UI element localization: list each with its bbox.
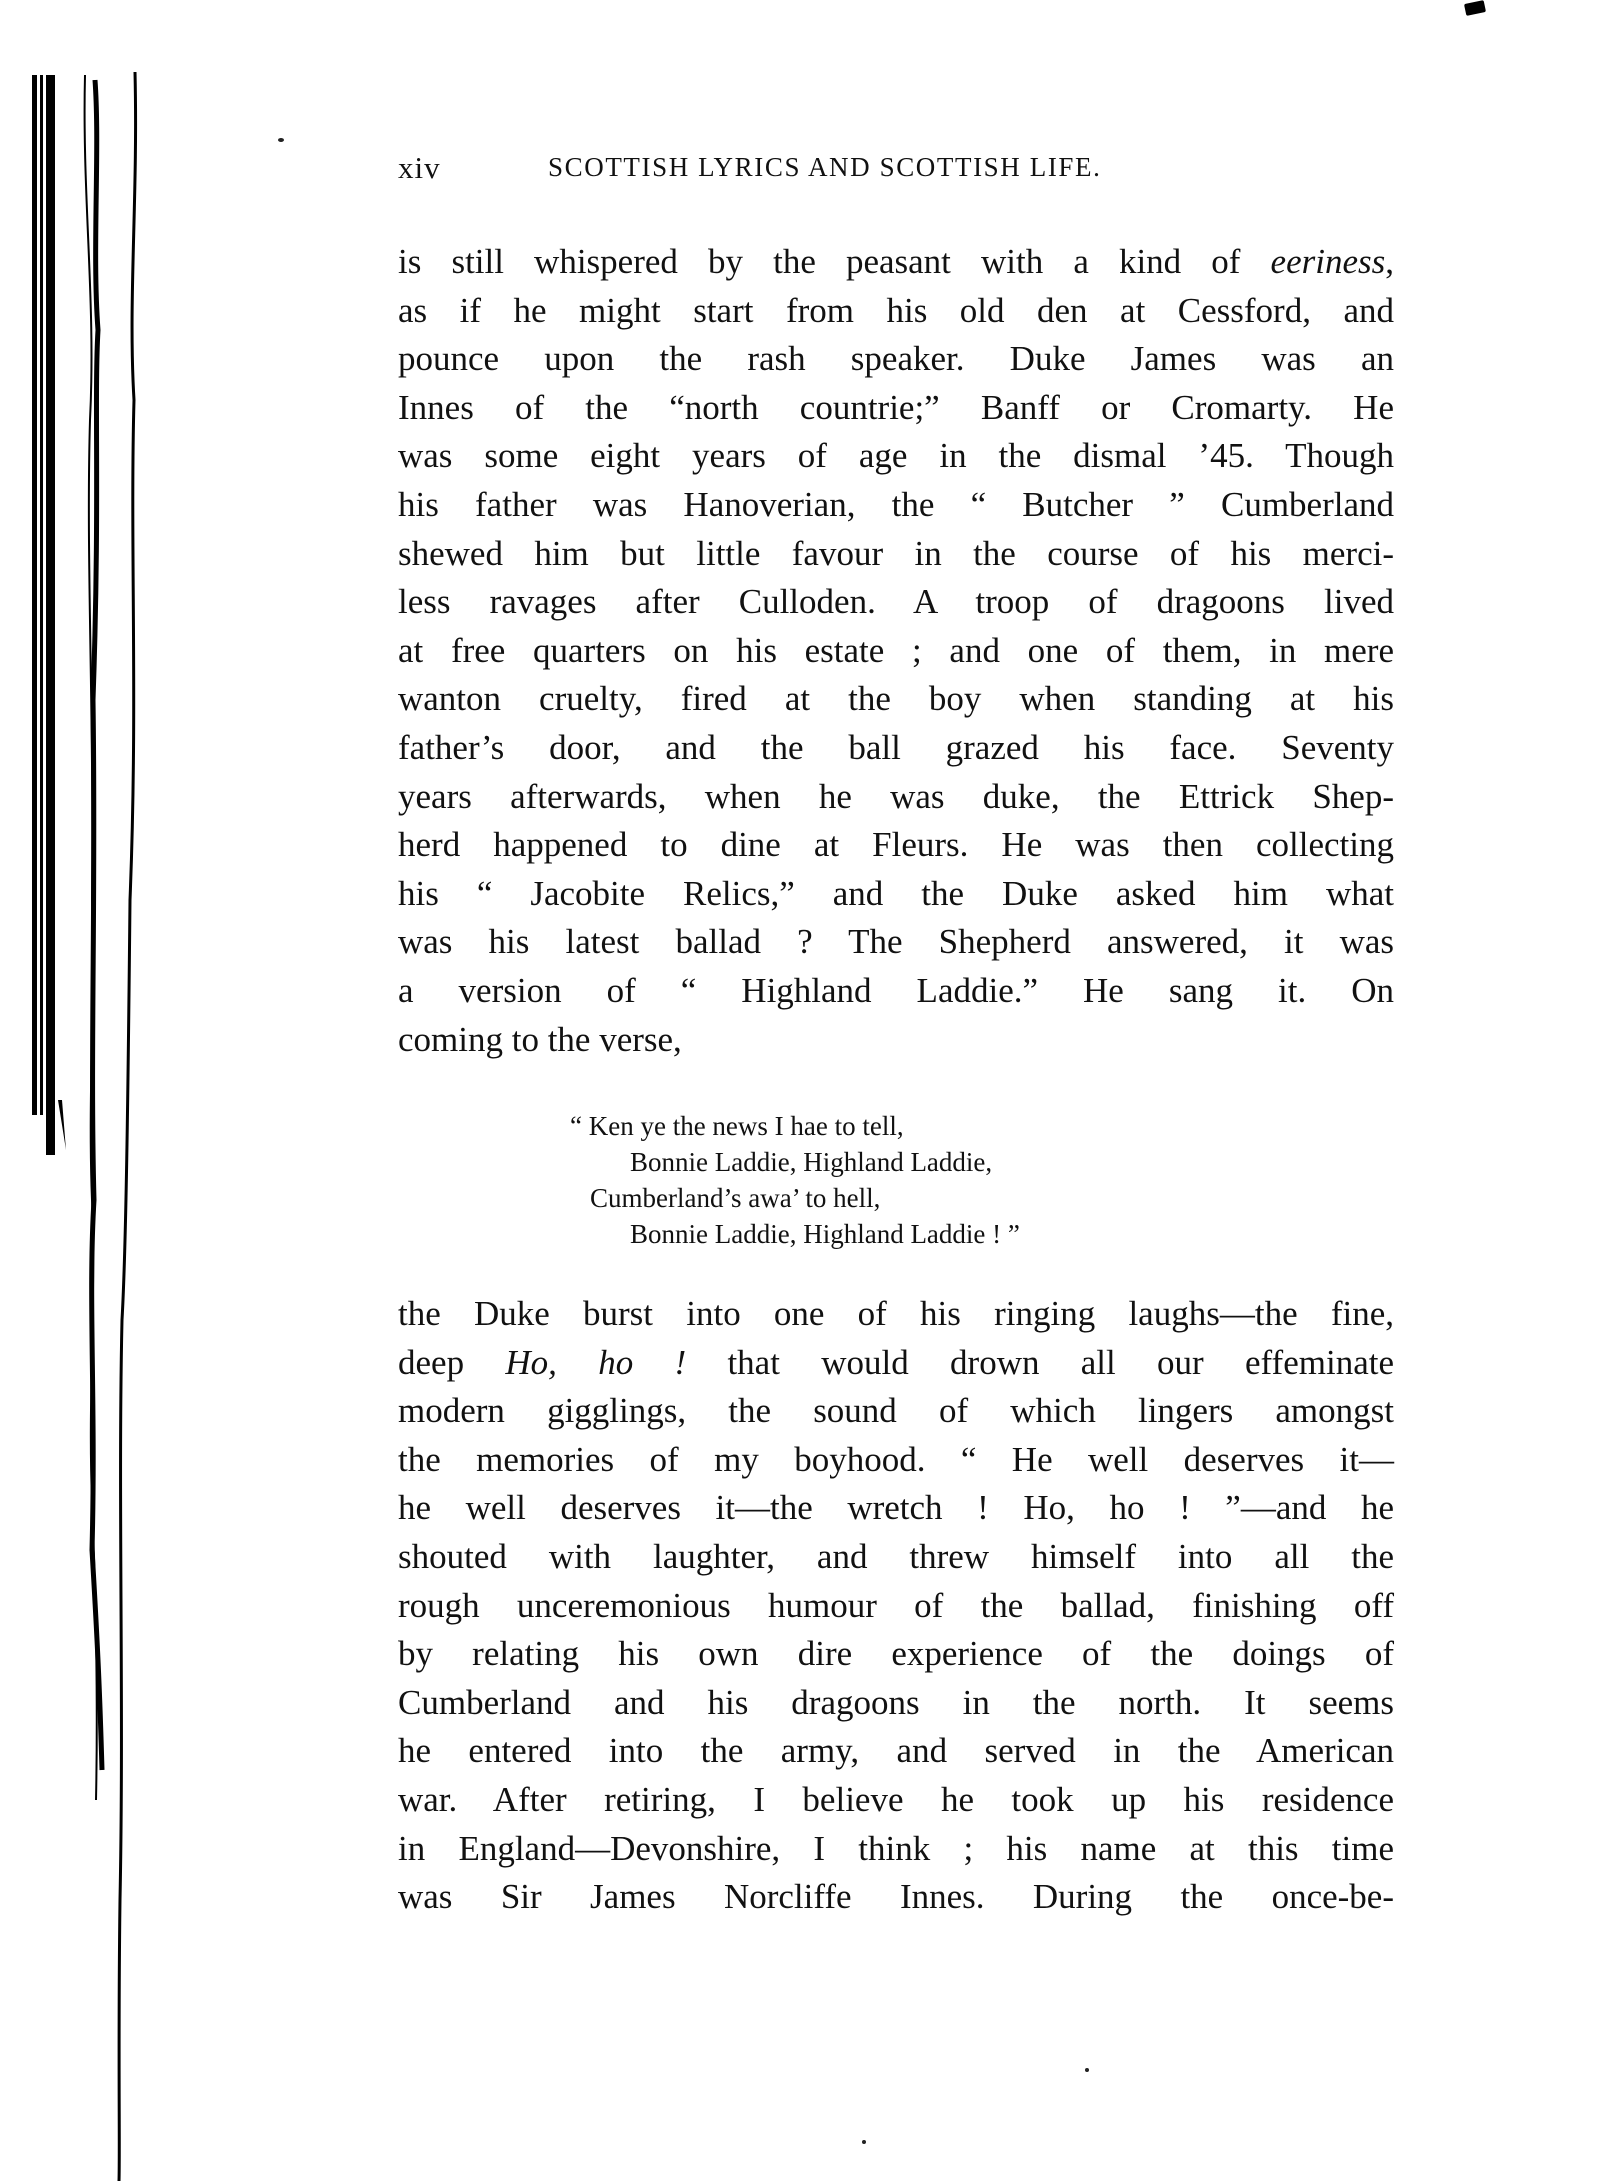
text-line: he well deserves it—the wretch ! Ho, ho … [398, 1484, 1394, 1533]
text-line: wanton cruelty, fired at the boy when st… [398, 675, 1394, 724]
text-line: shouted with laughter, and threw himself… [398, 1533, 1394, 1582]
text-line: by relating his own dire experience of t… [398, 1630, 1394, 1679]
ink-speck [278, 138, 284, 142]
binding-edge-marks [0, 0, 160, 2181]
paragraph-2: the Duke burst into one of his ringing l… [398, 1290, 1394, 1922]
text-line: father’s door, and the ball grazed his f… [398, 724, 1394, 773]
page-number: xiv [398, 150, 441, 186]
text-line: herd happened to dine at Fleurs. He was … [398, 821, 1394, 870]
text-line: his father was Hanoverian, the “ Butcher… [398, 481, 1394, 530]
text-line: Innes of the “north countrie;” Banff or … [398, 384, 1394, 433]
text-line: his “ Jacobite Relics,” and the Duke ask… [398, 870, 1394, 919]
text-line: Cumberland and his dragoons in the north… [398, 1679, 1394, 1728]
ink-speck [862, 2140, 866, 2144]
text-line: less ravages after Culloden. A troop of … [398, 578, 1394, 627]
corner-ink-mark [1464, 0, 1486, 16]
text-line: coming to the verse, [398, 1016, 1394, 1065]
text-line: in England—Devonshire, I think ; his nam… [398, 1825, 1394, 1874]
text-line: shewed him but little favour in the cour… [398, 530, 1394, 579]
text-line: was his latest ballad ? The Shepherd ans… [398, 918, 1394, 967]
verse-line: “ Ken ye the news I hae to tell, [570, 1108, 1270, 1144]
text-line: deep Ho, ho ! that would drown all our e… [398, 1339, 1394, 1388]
running-title: SCOTTISH LYRICS AND SCOTTISH LIFE. [548, 152, 1102, 183]
verse-line: Bonnie Laddie, Highland Laddie ! ” [570, 1216, 1270, 1252]
text-line: the Duke burst into one of his ringing l… [398, 1290, 1394, 1339]
text-line: years afterwards, when he was duke, the … [398, 773, 1394, 822]
verse-quotation: “ Ken ye the news I hae to tell, Bonnie … [570, 1108, 1270, 1252]
text-line: rough unceremonious humour of the ballad… [398, 1582, 1394, 1631]
running-head: xiv SCOTTISH LYRICS AND SCOTTISH LIFE. [398, 150, 1398, 190]
paragraph-1: is still whispered by the peasant with a… [398, 238, 1394, 1064]
text-line: he entered into the army, and served in … [398, 1727, 1394, 1776]
text-line: as if he might start from his old den at… [398, 287, 1394, 336]
text-line: modern gigglings, the sound of which lin… [398, 1387, 1394, 1436]
verse-line: Bonnie Laddie, Highland Laddie, [570, 1144, 1270, 1180]
text-line: is still whispered by the peasant with a… [398, 238, 1394, 287]
text-line: war. After retiring, I believe he took u… [398, 1776, 1394, 1825]
text-line: pounce upon the rash speaker. Duke James… [398, 335, 1394, 384]
text-line: a version of “ Highland Laddie.” He sang… [398, 967, 1394, 1016]
text-line: the memories of my boyhood. “ He well de… [398, 1436, 1394, 1485]
ink-speck [1085, 2068, 1089, 2072]
text-line: at free quarters on his estate ; and one… [398, 627, 1394, 676]
book-page: xiv SCOTTISH LYRICS AND SCOTTISH LIFE. i… [0, 0, 1603, 2181]
text-line: was Sir James Norcliffe Innes. During th… [398, 1873, 1394, 1922]
verse-line: Cumberland’s awa’ to hell, [570, 1180, 1270, 1216]
text-line: was some eight years of age in the disma… [398, 432, 1394, 481]
